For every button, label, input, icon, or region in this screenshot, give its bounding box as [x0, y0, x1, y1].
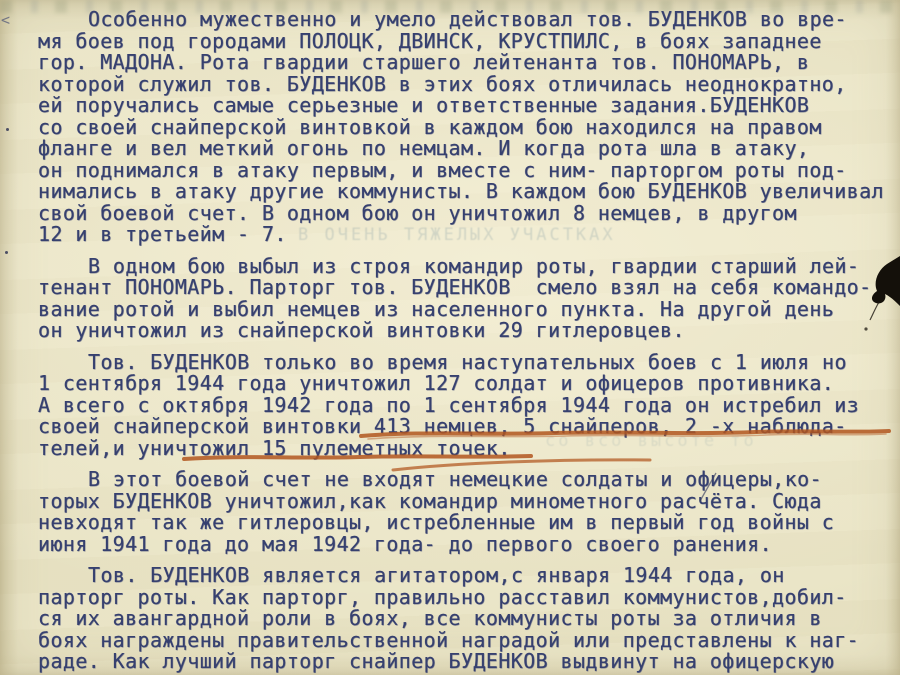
text-line: телей,и уничтожил 15 пулеметных точек.: [38, 438, 898, 460]
text-line: которой служил тов. БУДЕНКОВ в этих боях…: [38, 74, 898, 96]
paragraph-1: Особенно мужественно и умело действовал …: [38, 9, 898, 246]
stray-mark: <: [1, 11, 10, 29]
text-line: своей снайперской винтовки 413 немцев, 5…: [38, 416, 898, 438]
text-line: нимались в атаку другие коммунисты. В ка…: [38, 181, 898, 203]
paragraph-5: Тов. БУДЕНКОВ является агитатором,с янва…: [38, 565, 898, 673]
text-line: Тов. БУДЕНКОВ только во время наступател…: [38, 352, 898, 374]
text-line: парторг роты. Как парторг, правильно рас…: [38, 587, 898, 609]
text-line: Особенно мужественно и умело действовал …: [38, 9, 898, 31]
text-layer: Особенно мужественно и умело действовал …: [38, 9, 898, 675]
paragraph-4: В этот боевой счет не входят немецкие со…: [38, 469, 898, 555]
paragraph-2: В одном бою выбыл из строя командир роты…: [38, 256, 898, 342]
text-line: В этот боевой счет не входят немецкие со…: [38, 469, 898, 491]
text-line: раде. Как лучший парторг снайпер БУДЕНКО…: [38, 651, 898, 673]
text-line: торых БУДЕНКОВ уничтожил,как командир ми…: [38, 491, 898, 513]
text-line: ей поручались самые серьезные и ответств…: [38, 95, 898, 117]
document-page: В ОЧЕНЬ ТЯЖЕЛЫХ УЧАСТКАХ со всо высоте т…: [0, 0, 900, 675]
text-line: тенант ПОНОМАРЬ. Парторг тов. БУДЕНКОВ с…: [38, 277, 898, 299]
text-line: свой боевой счет. В одном бою он уничтож…: [38, 203, 898, 225]
stray-dot: [6, 128, 9, 131]
text-line: он уничтожил из снайперской винтовки 29 …: [38, 320, 898, 342]
paragraph-3: Тов. БУДЕНКОВ только во время наступател…: [38, 352, 898, 460]
text-line: 1 сентября 1944 года уничтожил 127 солда…: [38, 373, 898, 395]
text-line: гор. МАДОНА. Рота гвардии старшего лейте…: [38, 52, 898, 74]
text-line: невходят так же гитлеровцы, истребленные…: [38, 512, 898, 534]
text-line: Тов. БУДЕНКОВ является агитатором,с янва…: [38, 565, 898, 587]
text-line: А всего с октября 1942 года по 1 сентябр…: [38, 395, 898, 417]
text-line: вание ротой и выбил немцев из населенног…: [38, 299, 898, 321]
text-line: В одном бою выбыл из строя командир роты…: [38, 256, 898, 278]
text-line: 12 и в третьейм - 7.: [38, 224, 898, 246]
text-line: ся их авангардной роли в боях, все комму…: [38, 608, 898, 630]
text-line: он поднимался в атаку первым, и вместе с…: [38, 160, 898, 182]
text-line: со своей снайперской винтовкой в каждом …: [38, 117, 898, 139]
text-line: июня 1941 года до мая 1942 года- до перв…: [38, 534, 898, 556]
text-line: боях награждены правительственной наград…: [38, 630, 898, 652]
text-line: мя боев под городами ПОЛОЦК, ДВИНСК, КРУ…: [38, 31, 898, 53]
text-line: фланге и вел меткий огонь по немцам. И к…: [38, 138, 898, 160]
stray-dot: [5, 251, 8, 254]
